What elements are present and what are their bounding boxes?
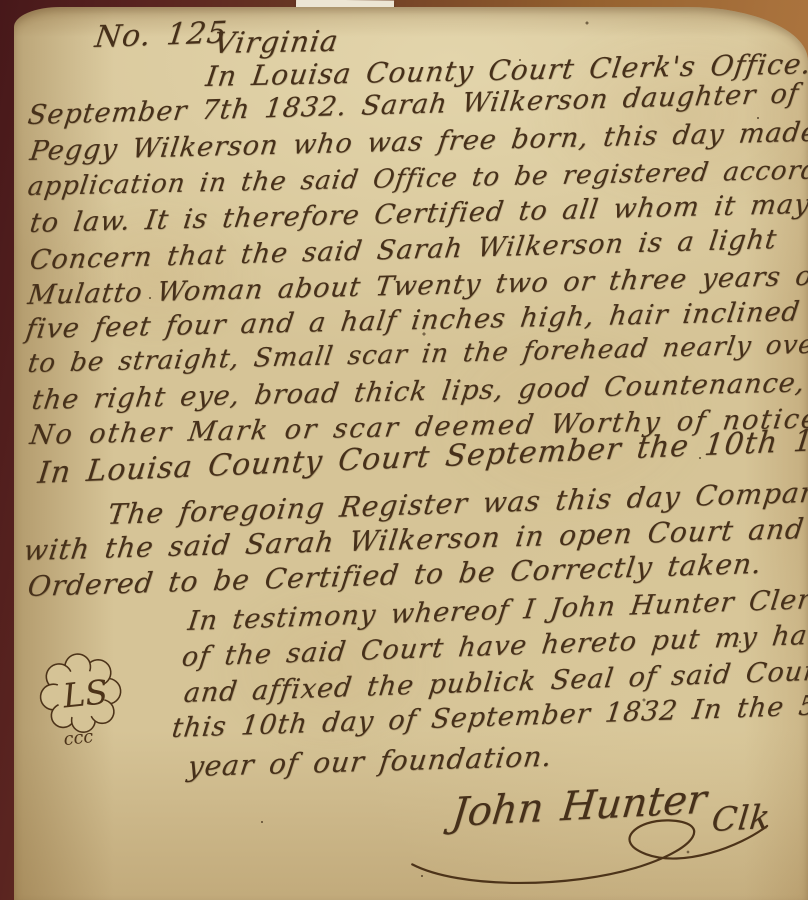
document-number: No. 125: [93, 15, 229, 55]
seal-scallop-marks: ccc: [63, 727, 95, 750]
ls-monogram: LS: [60, 672, 110, 716]
state-name: Virginia: [212, 24, 341, 60]
photograph-of-register-book: No. 125 Virginia In Louisa County Court …: [0, 0, 808, 900]
seal-doodle: LS ccc: [27, 641, 135, 755]
signature-flourish: [407, 812, 781, 897]
